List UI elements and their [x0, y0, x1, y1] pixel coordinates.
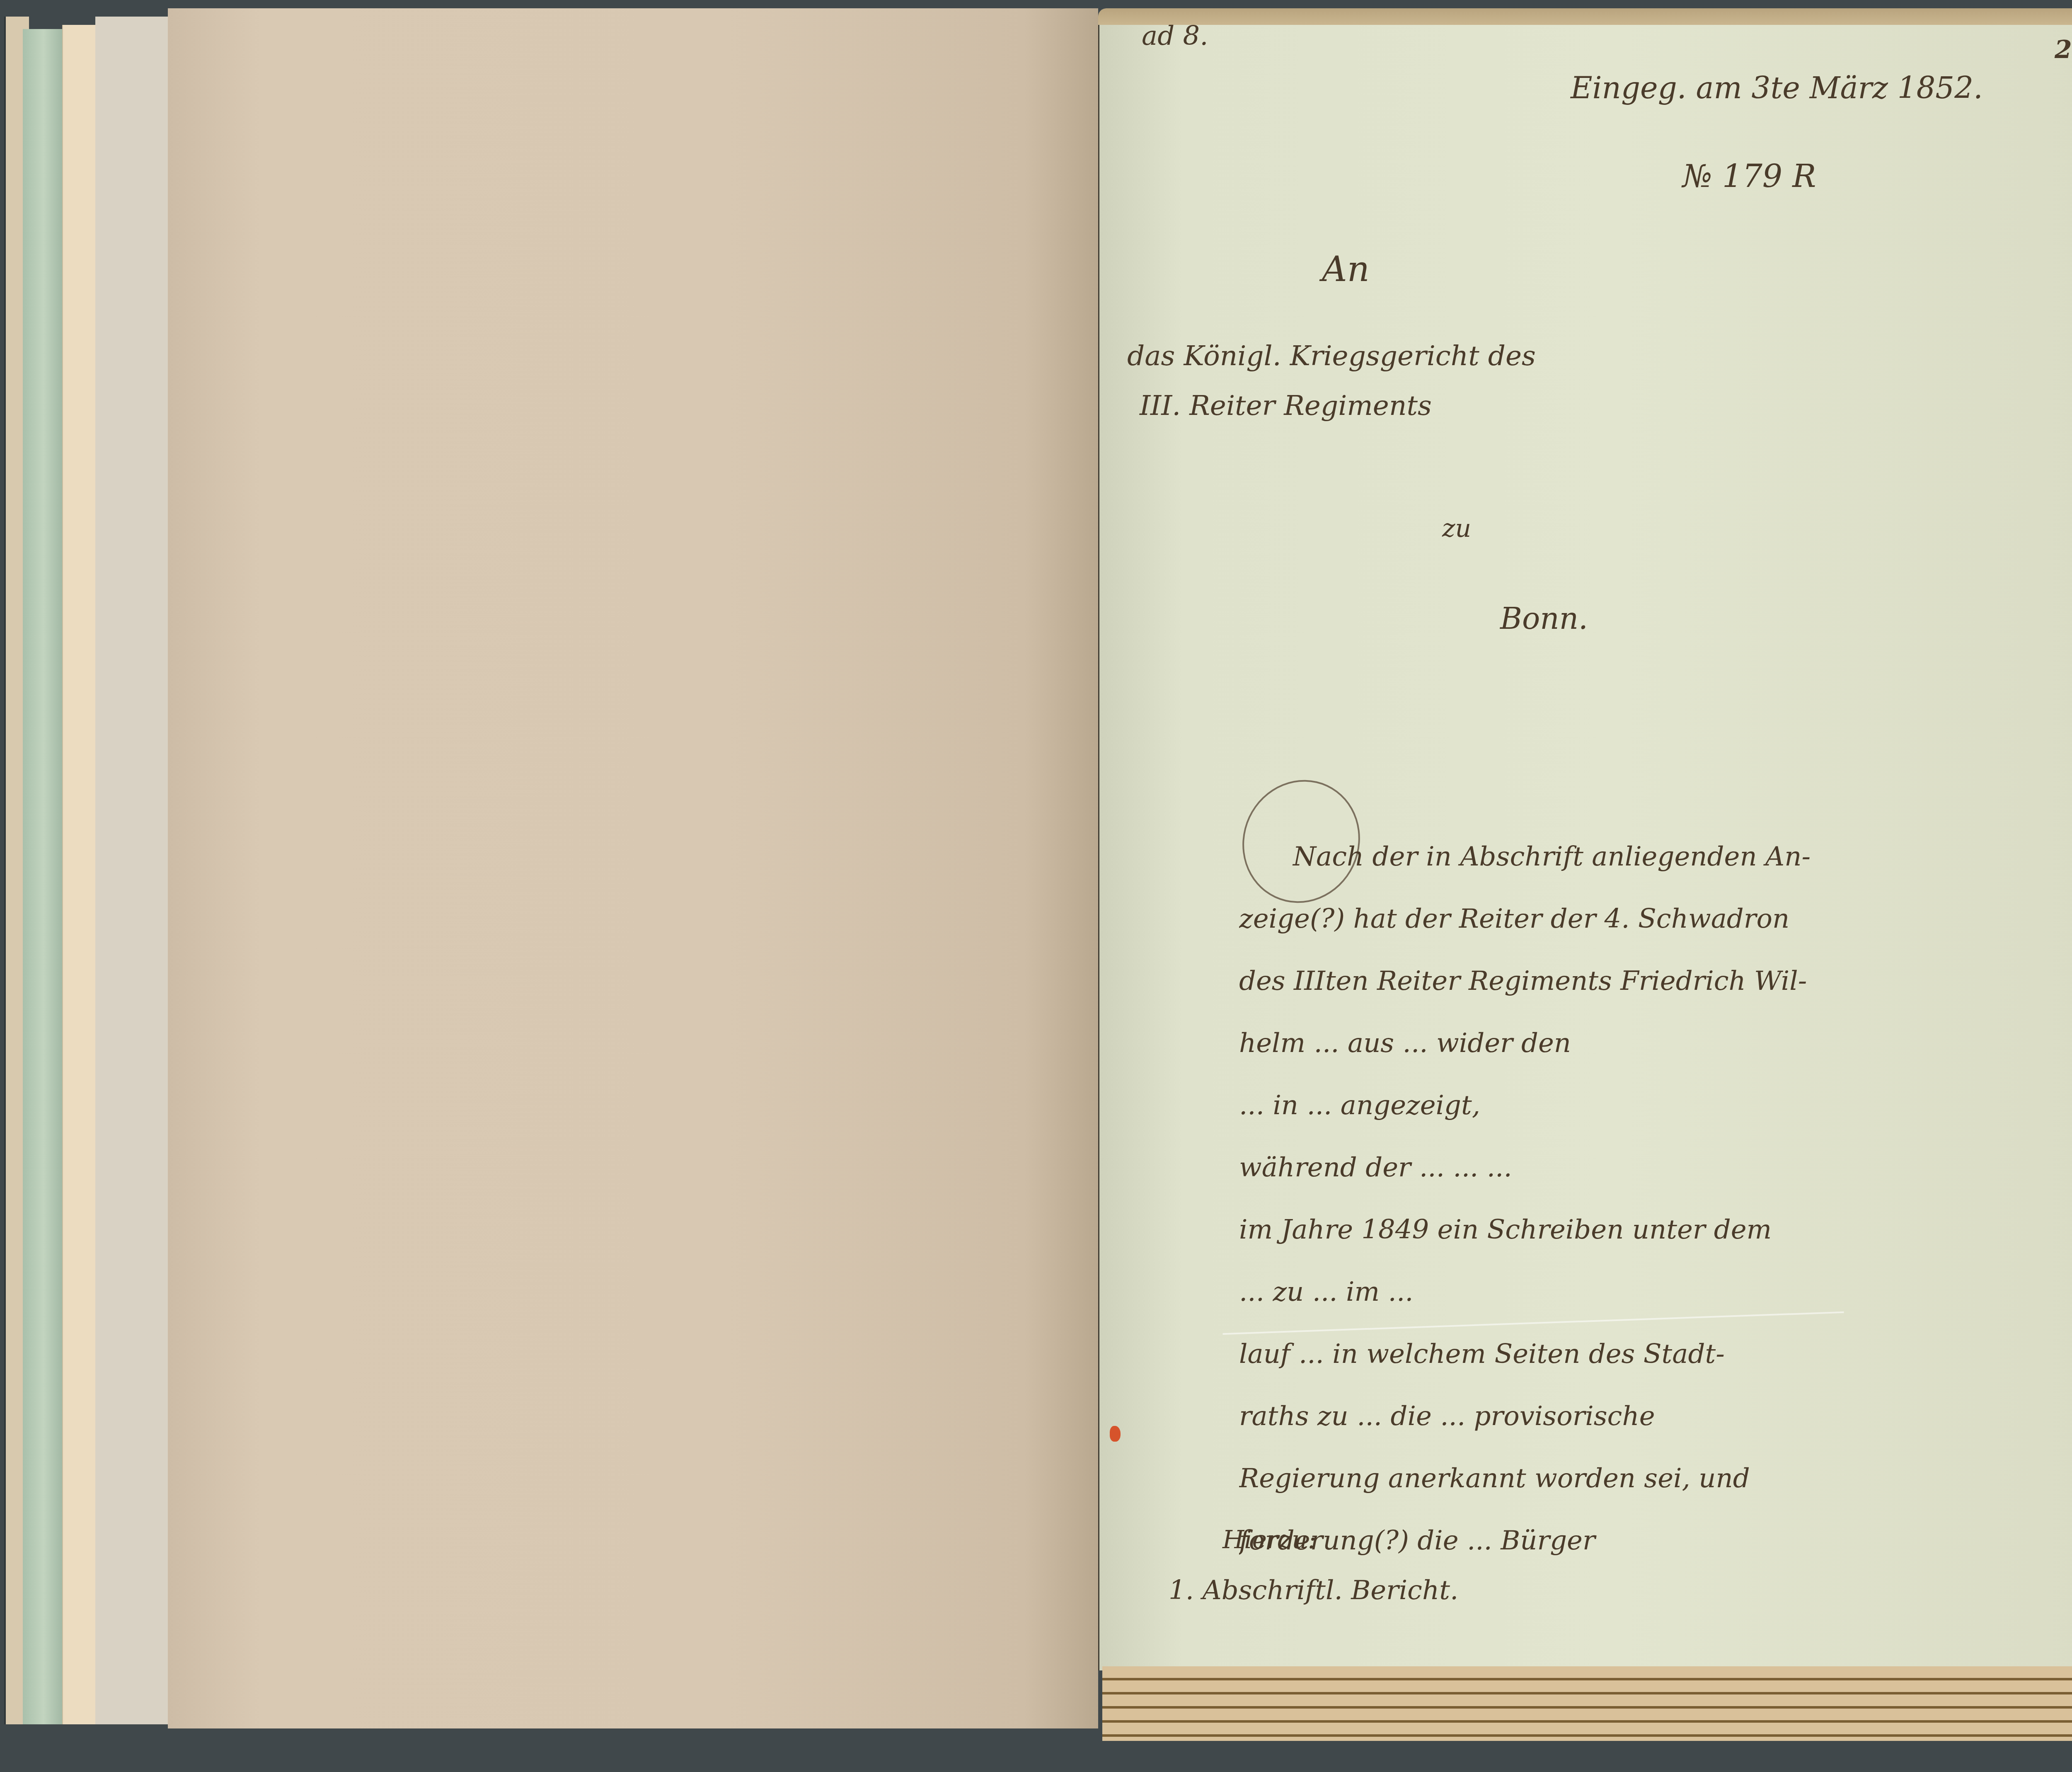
green-page-edge: [23, 29, 64, 1724]
page-stack-bottom-edge: [1102, 1666, 2072, 1741]
address-line-2: III. Reiter Regiments: [1140, 390, 1432, 422]
body-line: des IIIten Reiter Regiments Friedrich Wi…: [1239, 966, 2072, 1028]
cream-page-edge: [62, 25, 99, 1724]
body-line: ... in ... angezeigt,: [1239, 1090, 2072, 1152]
scanned-document: ad 8. 24. Eingeg. am 3te März 1852. № 17…: [0, 0, 2072, 1772]
body-line: ... zu ... im ...: [1239, 1277, 2072, 1339]
received-date-note: Eingeg. am 3te März 1852.: [1571, 70, 1983, 105]
enclosure-item: 1. Abschriftl. Bericht.: [1169, 1575, 1458, 1606]
address-line-1: das Königl. Kriegsgericht des: [1127, 340, 1536, 372]
body-line: helm ... aus ... wider den: [1239, 1028, 2072, 1090]
body-line: Nach der in Abschrift anliegenden An-: [1239, 841, 2072, 904]
body-line: lauf ... in welchem Seiten des Stadt-: [1239, 1339, 2072, 1401]
red-wax-seal-fragment: [1110, 1426, 1121, 1442]
body-line: raths zu ... die ... provisorische: [1239, 1401, 2072, 1463]
address-salutation: An: [1322, 249, 1370, 289]
body-line: während der ... ... ...: [1239, 1152, 2072, 1214]
body-line: Regierung anerkannt worden sei, und: [1239, 1463, 2072, 1525]
address-city: Bonn.: [1500, 601, 1588, 636]
page-number: 24.: [2055, 35, 2072, 64]
body-line: im Jahre 1849 ein Schreiben unter dem: [1239, 1214, 2072, 1277]
journal-number: № 179 R: [1682, 158, 1816, 194]
address-preposition: zu: [1442, 514, 1471, 543]
folio-reference: ad 8.: [1142, 21, 1208, 51]
grey-page-edge: [95, 17, 170, 1724]
enclosure-label: Hierzu:: [1222, 1525, 1316, 1554]
body-line: zeige(?) hat der Reiter der 4. Schwadron: [1239, 904, 2072, 966]
letter-body: Nach der in Abschrift anliegenden An- ze…: [1239, 841, 2072, 1588]
left-blank-page: [168, 8, 1098, 1728]
